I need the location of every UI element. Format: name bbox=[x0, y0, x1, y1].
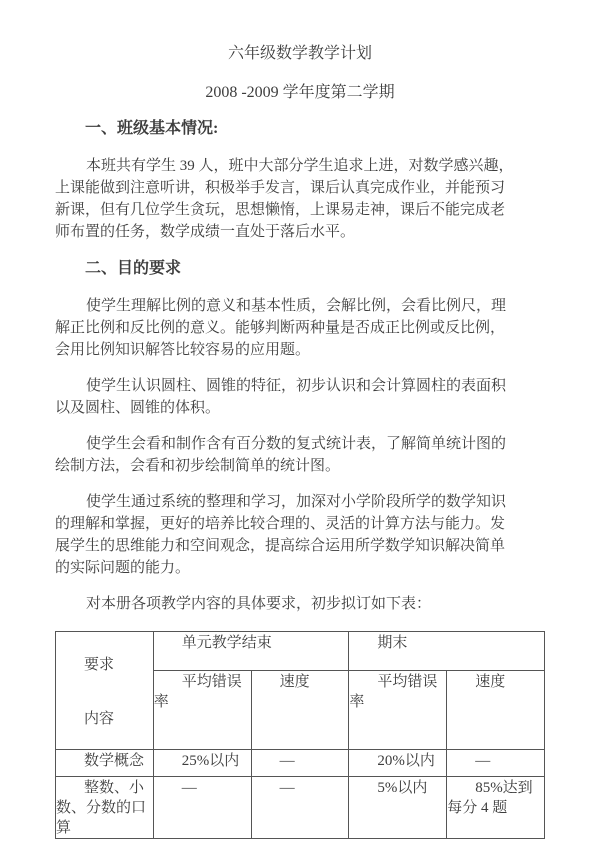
section-2-paragraph-1: 使学生理解比例的意义和基本性质，会解比例，会看比例尺，理 解正比例和反比例的意义… bbox=[55, 295, 545, 361]
cell-oral-arithmetic-unit-error: — bbox=[153, 777, 251, 839]
section-2-paragraph-3: 使学生会看和制作含有百分数的复式统计表，了解简单统计图的 绘制方法，会看和初步绘… bbox=[55, 433, 545, 477]
sub-header-avg-error-rate-unit: 平均错误 率 bbox=[153, 671, 251, 750]
section-1-paragraph-1: 本班共有学生 39 人，班中大部分学生追求上进，对数学感兴趣， 上课能做到注意听… bbox=[55, 155, 545, 243]
cell-math-concepts-unit-error: 25%以内 bbox=[153, 750, 251, 777]
requirements-table: 要求 内容 单元教学结束 期末 平均错误 率 速度 平均错误 率 速度 数学概念… bbox=[55, 631, 545, 839]
document-subtitle: 2008 -2009 学年度第二学期 bbox=[55, 83, 545, 103]
cell-oral-arithmetic-unit-speed: — bbox=[251, 777, 349, 839]
row-label-math-concepts: 数学概念 bbox=[56, 750, 154, 777]
sub-header-avg-error-rate-term: 平均错误 率 bbox=[349, 671, 447, 750]
section-2-heading: 二、目的要求 bbox=[55, 259, 545, 279]
sub-header-speed-term: 速度 bbox=[447, 671, 545, 750]
cell-math-concepts-unit-speed: — bbox=[251, 750, 349, 777]
section-2-paragraph-5: 对本册各项教学内容的具体要求，初步拟订如下表： bbox=[55, 593, 545, 615]
group-header-unit-teaching-end: 单元教学结束 bbox=[153, 632, 349, 671]
section-2-paragraph-4: 使学生通过系统的整理和学习，加深对小学阶段所学的数学知识 的理解和掌握，更好的培… bbox=[55, 491, 545, 579]
table-header-group-row: 要求 内容 单元教学结束 期末 bbox=[56, 632, 545, 671]
corner-label-requirement: 要求 bbox=[56, 655, 153, 675]
group-header-term-end: 期末 bbox=[349, 632, 545, 671]
cell-oral-arithmetic-term-speed: 85%达到 每分 4 题 bbox=[447, 777, 545, 839]
document-page: 六年级数学教学计划 2008 -2009 学年度第二学期 一、班级基本情况: 本… bbox=[0, 0, 600, 850]
section-1-heading: 一、班级基本情况: bbox=[55, 119, 545, 139]
table-row-oral-arithmetic: 整数、小 数、分数的口 算 — — 5%以内 85%达到 每分 4 题 bbox=[56, 777, 545, 839]
sub-header-speed-unit: 速度 bbox=[251, 671, 349, 750]
row-label-oral-arithmetic: 整数、小 数、分数的口 算 bbox=[56, 777, 154, 839]
cell-math-concepts-term-error: 20%以内 bbox=[349, 750, 447, 777]
table-row-math-concepts: 数学概念 25%以内 — 20%以内 — bbox=[56, 750, 545, 777]
corner-label-content: 内容 bbox=[56, 709, 153, 729]
corner-header-cell: 要求 内容 bbox=[56, 632, 154, 750]
cell-oral-arithmetic-term-error: 5%以内 bbox=[349, 777, 447, 839]
cell-math-concepts-term-speed: — bbox=[447, 750, 545, 777]
document-title: 六年级数学教学计划 bbox=[55, 44, 545, 64]
section-2-paragraph-2: 使学生认识圆柱、圆锥的特征，初步认识和会计算圆柱的表面积 以及圆柱、圆锥的体积。 bbox=[55, 375, 545, 419]
